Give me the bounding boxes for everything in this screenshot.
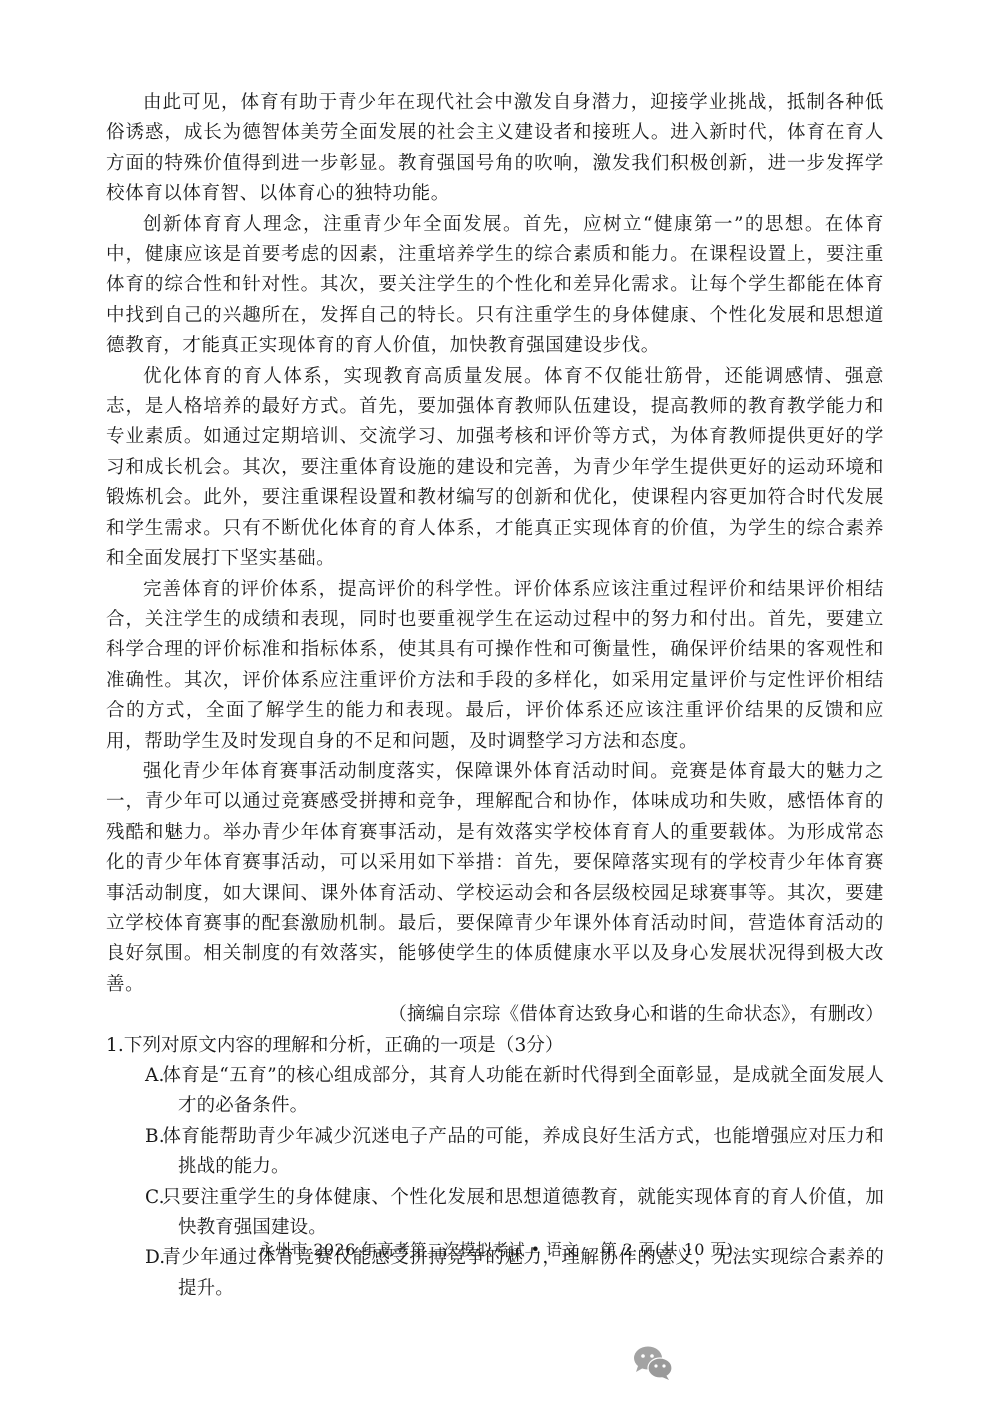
option-text: 体育能帮助青少年减少沉迷电子产品的可能，养成良好生活方式，也能增强应对压力和挑战…	[162, 1126, 884, 1177]
page-number: 第 2 页(共 10 页)	[601, 1240, 734, 1259]
page-footer: 永州市 2026 年高考第二次模拟考试 • 语文第 2 页(共 10 页)	[0, 1237, 992, 1260]
option-key: B.	[145, 1122, 162, 1152]
paragraph: 强化青少年体育赛事活动制度落实，保障课外体育活动时间。竞赛是体育最大的魅力之一，…	[106, 757, 884, 1000]
option-key: A.	[145, 1061, 162, 1091]
source-citation: （摘编自宗琮《借体育达致身心和谐的生命状态》，有删改）	[106, 1000, 884, 1030]
paragraph: 由此可见，体育有助于青少年在现代社会中激发自身潜力，迎接学业挑战，抵制各种低俗诱…	[106, 88, 884, 210]
option-a: A.体育是“五育”的核心组成部分，其育人功能在新时代得到全面彰显，是成就全面发展…	[145, 1061, 884, 1122]
option-key: C.	[145, 1183, 162, 1213]
exam-title: 永州市 2026 年高考第二次模拟考试 • 语文	[259, 1240, 579, 1259]
question-stem: 1.下列对原文内容的理解和分析，正确的一项是（3分）	[106, 1031, 884, 1061]
question-block: 1.下列对原文内容的理解和分析，正确的一项是（3分） A.体育是“五育”的核心组…	[106, 1031, 884, 1305]
option-text: 体育是“五育”的核心组成部分，其育人功能在新时代得到全面彰显，是成就全面发展人才…	[162, 1065, 884, 1116]
paragraph: 优化体育的育人体系，实现教育高质量发展。体育不仅能壮筋骨，还能调感情、强意志，是…	[106, 362, 884, 575]
exam-page: 由此可见，体育有助于青少年在现代社会中激发自身潜力，迎接学业挑战，抵制各种低俗诱…	[106, 88, 884, 1304]
option-text: 只要注重学生的身体健康、个性化发展和思想道德教育，就能实现体育的育人价值，加快教…	[162, 1187, 884, 1238]
wechat-icon	[632, 1345, 674, 1381]
paragraph: 创新体育育人理念，注重青少年全面发展。首先，应树立“健康第一”的思想。在体育中，…	[106, 210, 884, 362]
option-c: C.只要注重学生的身体健康、个性化发展和思想道德教育，就能实现体育的育人价值，加…	[145, 1183, 884, 1244]
paragraph: 完善体育的评价体系，提高评价的科学性。评价体系应该注重过程评价和结果评价相结合，…	[106, 575, 884, 757]
option-b: B.体育能帮助青少年减少沉迷电子产品的可能，养成良好生活方式，也能增强应对压力和…	[145, 1122, 884, 1183]
